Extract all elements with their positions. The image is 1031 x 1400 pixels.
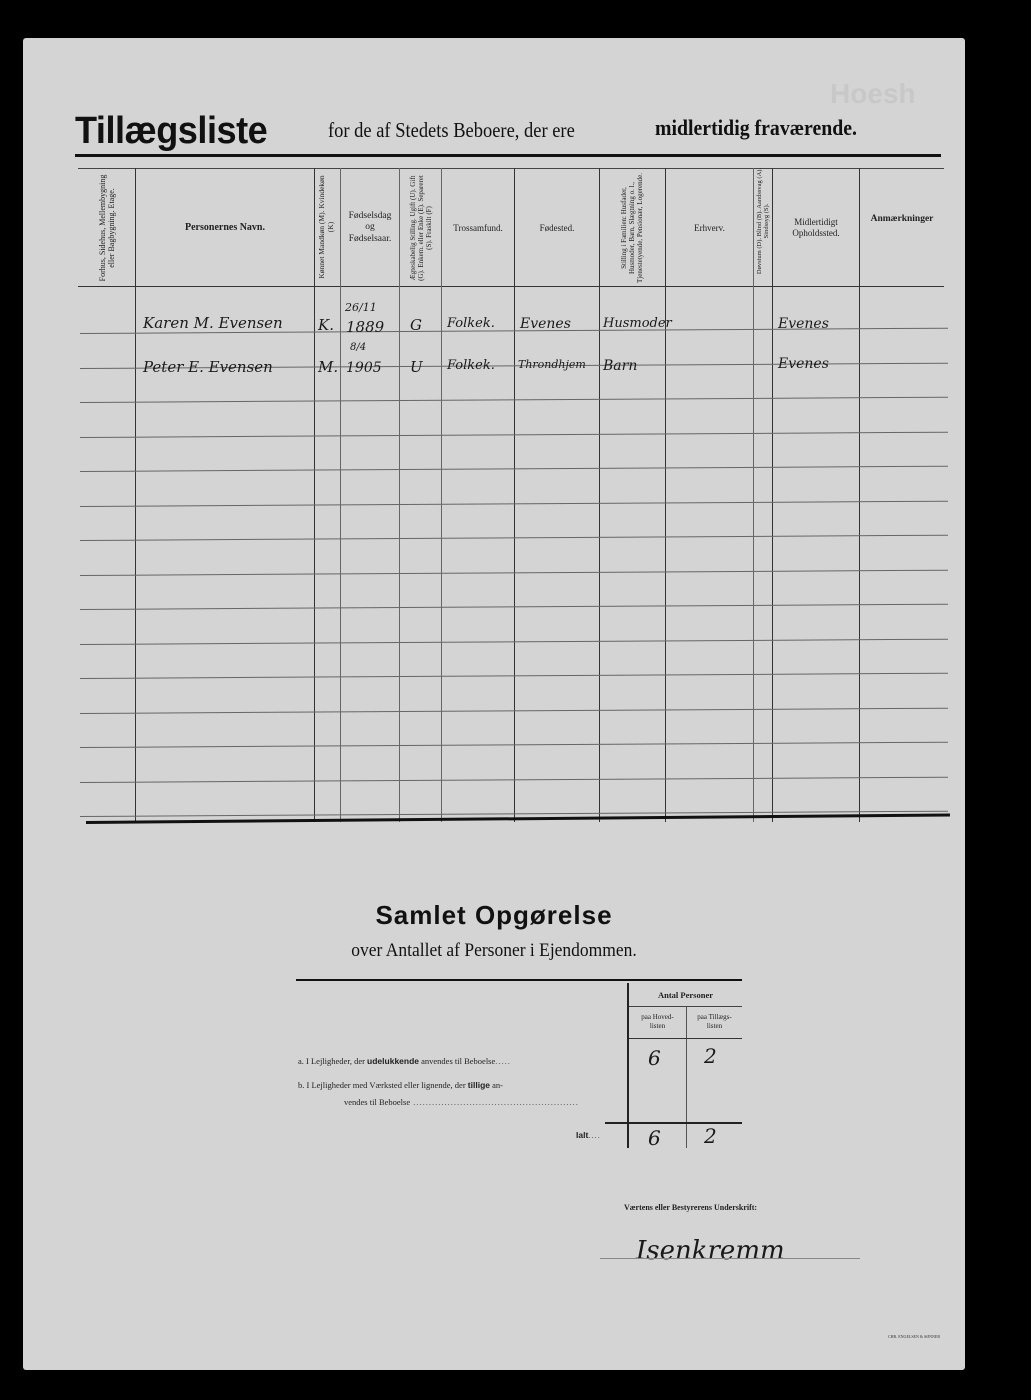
summary-row-a: a. I Lejligheder, der udelukkende anvend… [298, 1056, 511, 1066]
table-top-rule [78, 168, 944, 169]
header-building: Forhus, Sidehus, Mellembygning eller Bag… [79, 173, 135, 283]
cell-birthplace: Evenes [520, 316, 571, 332]
cell-sex: K. [318, 316, 334, 334]
cell-temp-residence: Evenes [778, 356, 829, 372]
signature: Isenkremm [636, 1236, 785, 1266]
summary-group-header: Antal Personer [629, 990, 742, 1000]
col-divider [772, 168, 773, 822]
form-subtitle-bold: midlertidig fraværende. [655, 115, 857, 141]
header-name: Personernes Navn. [136, 170, 314, 286]
row-b-prefix: b. I Lejligheder med Værksted eller lign… [298, 1080, 466, 1090]
signature-line [600, 1258, 860, 1259]
form-subtitle: for de af Stedets Beboere, der ere [328, 118, 575, 143]
row-a-main-value: 6 [648, 1046, 661, 1070]
summary-subtitle: over Antallet af Personer i Ejendommen. [61, 940, 928, 962]
cell-family-position: Husmoder [603, 316, 672, 331]
cell-birth-year: 1905 [346, 360, 382, 376]
summary-total-label: Ialt.... [576, 1130, 601, 1140]
cell-birth-day: 26/11 [345, 301, 377, 314]
col-divider [599, 168, 600, 822]
summary-top-rule [296, 979, 742, 981]
summary-hline [629, 1038, 742, 1039]
cell-family-position: Barn [603, 358, 637, 374]
row-b-bold: tillige [468, 1080, 490, 1090]
header-religion: Trossamfund. [442, 170, 514, 286]
header-temp-residence: Midlertidigt Opholdssted. [780, 170, 852, 286]
summary-col-supp-l1: paa Tillægs- [687, 1013, 742, 1021]
header-occupation: Erhverv. [666, 170, 753, 286]
summary-hline [629, 1006, 742, 1007]
header-remarks: Anmærkninger [860, 170, 944, 270]
row-b-line2: vendes til Beboelse [344, 1097, 410, 1107]
row-a-bold: udelukkende [367, 1056, 419, 1066]
summary-row-b-line2: vendes til Beboelse ....................… [344, 1097, 579, 1107]
cell-birth-year: 1889 [346, 318, 384, 336]
cell-marital: U [410, 358, 423, 376]
col-divider [340, 168, 341, 822]
header-birth: Fødselsdag og Fødselsaar. [343, 170, 397, 286]
title-rule [75, 154, 941, 157]
cell-marital: G [410, 316, 422, 334]
cell-birth-day: 8/4 [350, 342, 366, 353]
header-disability: Døvstum (D). Blind (B). Aandssvag (A). S… [754, 166, 772, 276]
summary-col-main-l2: listen [629, 1022, 686, 1030]
summary-row-b: b. I Lejligheder med Værksted eller lign… [298, 1080, 503, 1090]
header-family-position: Stilling i Familien: Husfader, Husmoder,… [606, 173, 658, 283]
header-birthplace: Fødested. [515, 170, 599, 286]
total-supp-value: 2 [704, 1124, 717, 1148]
cell-religion: Folkek. [447, 316, 495, 331]
row-b-suffix: an- [492, 1080, 503, 1090]
form-title: Tillægsliste [75, 110, 267, 153]
cell-religion: Folkek. [447, 358, 495, 373]
summary-col-main-l1: paa Hoved- [629, 1013, 686, 1021]
cell-birthplace: Throndhjem [518, 358, 586, 371]
cell-sex: M. [318, 358, 338, 376]
row-a-suffix: anvendes til Beboelse [421, 1056, 495, 1066]
printer-mark: CHR. ENGELSEN & SØNNER [888, 1334, 940, 1339]
total-label: Ialt [576, 1130, 588, 1140]
header-marital: Ægteskabelig Stilling. Ugift (U). Gift (… [401, 173, 441, 283]
row-a-supp-value: 2 [704, 1044, 717, 1068]
header-bottom-rule [78, 286, 944, 287]
cell-temp-residence: Evenes [778, 316, 829, 332]
cell-name: Karen M. Evensen [143, 314, 283, 332]
signature-label: Værtens eller Bestyrerens Underskrift: [624, 1203, 757, 1212]
row-a-prefix: a. I Lejligheder, der [298, 1056, 365, 1066]
cell-name: Peter E. Evensen [143, 358, 273, 376]
summary-title: Samlet Opgørelse [23, 900, 965, 931]
summary-col-supp-l2: listen [687, 1022, 742, 1030]
faint-stamp: Hoesh [830, 78, 916, 110]
col-divider [399, 168, 400, 822]
header-sex: Kønnet Mandkøn (M). Kvindekøn (K) [314, 172, 340, 282]
summary-total-rule [605, 1122, 742, 1124]
total-main-value: 6 [648, 1126, 661, 1150]
